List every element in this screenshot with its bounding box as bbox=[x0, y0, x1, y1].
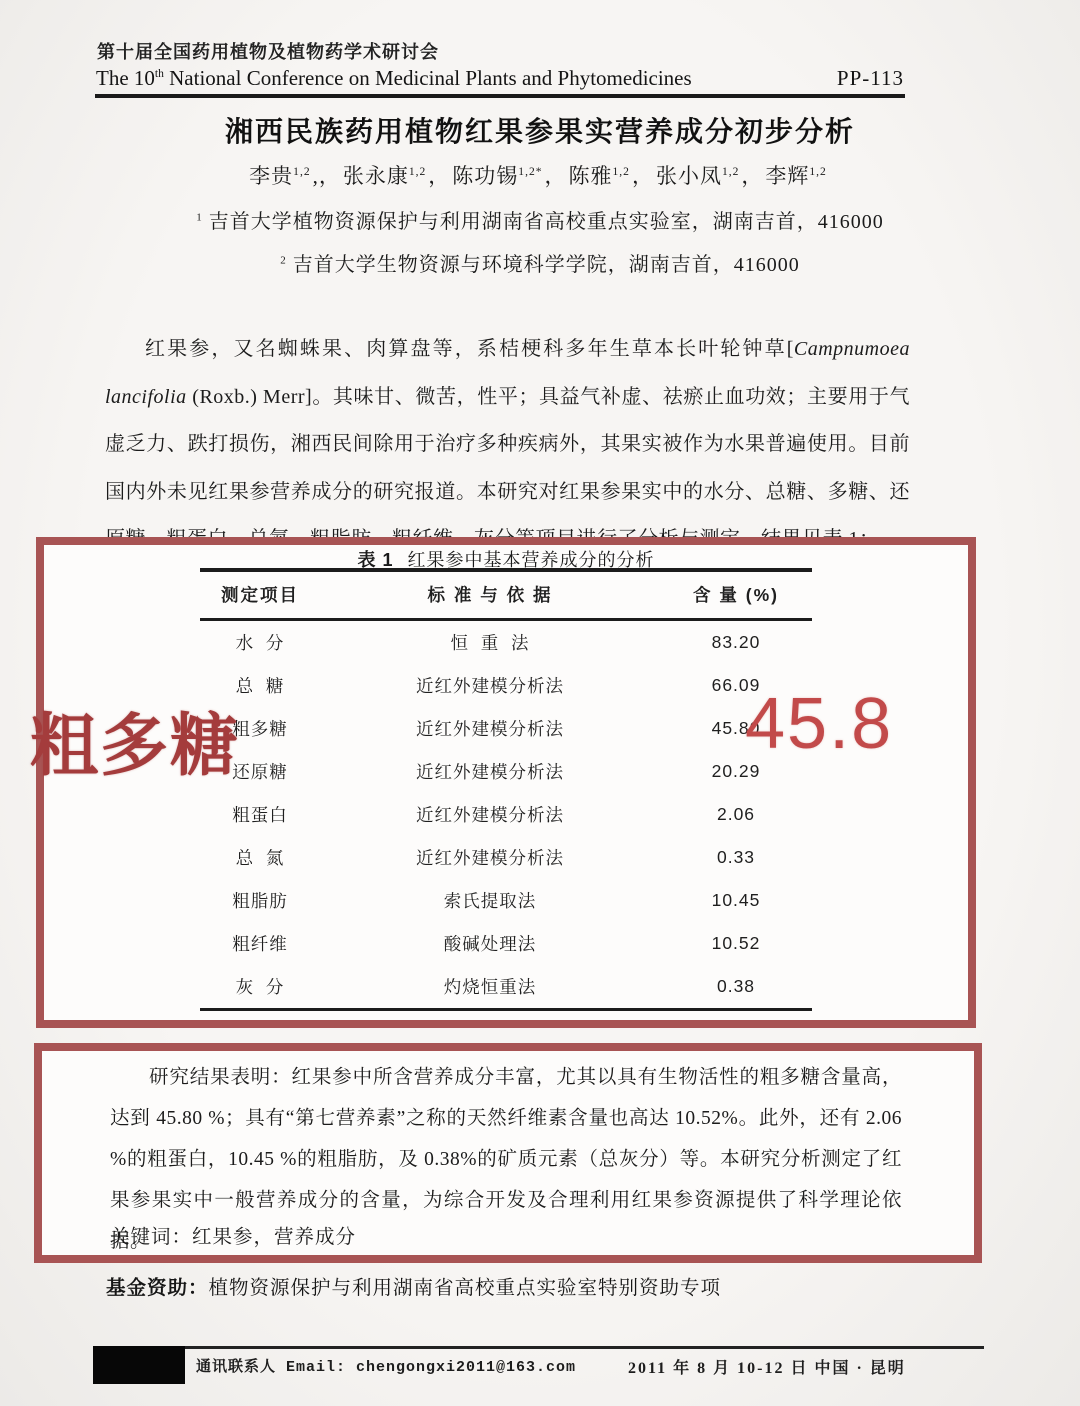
author: 陈功锡1,2*， bbox=[452, 164, 568, 188]
abstract-paragraph: 红果参，又名蜘蛛果、肉算盘等，系桔梗科多年生草本长叶轮钟草[Campnumoea… bbox=[105, 326, 910, 564]
header-divider bbox=[95, 94, 905, 98]
author: 张小凤1,2， bbox=[656, 164, 765, 188]
contact-label: 通讯联系人 Email: bbox=[196, 1359, 356, 1376]
author: 张永康1,2， bbox=[343, 164, 452, 188]
table-row: 总 糖近红外建模分析法66.09 bbox=[200, 664, 812, 707]
overlay-annotation-polysaccharide: 粗多糖 bbox=[30, 692, 240, 789]
table-header-row: 测定项目 标 准 与 依 据 含 量 (%) bbox=[200, 572, 812, 618]
author: 李贵1,2,， bbox=[249, 164, 343, 188]
page-title: 湘西民族药用植物红果参果实营养成分初步分析 bbox=[0, 110, 1080, 150]
footer-divider bbox=[182, 1346, 984, 1349]
funding-label: 基金资助： bbox=[106, 1278, 209, 1299]
table-row: 水 分恒 重 法83.20 bbox=[200, 621, 812, 664]
scanned-paper-page: 第十届全国药用植物及植物药学术研讨会 The 10th National Con… bbox=[0, 0, 1080, 1406]
keywords-value: 红果参，营养成分 bbox=[192, 1227, 356, 1248]
author-line: 李贵1,2,，张永康1,2，陈功锡1,2*，陈雅1,2，张小凤1,2，李辉1,2 bbox=[0, 160, 1080, 190]
keywords-label: 关键词： bbox=[110, 1227, 192, 1248]
affiliation-1: 1 吉首大学植物资源保护与利用湖南省高校重点实验室，湖南吉首，416000 bbox=[0, 205, 1080, 234]
table-row: 粗多糖近红外建模分析法45.80 bbox=[200, 707, 812, 750]
overlay-annotation-value: 45.8 bbox=[745, 683, 893, 765]
nutrition-table: 测定项目 标 准 与 依 据 含 量 (%) 水 分恒 重 法83.20 总 糖… bbox=[200, 568, 812, 1011]
affiliation-2: 2 吉首大学生物资源与环境科学学院，湖南吉首，416000 bbox=[0, 248, 1080, 277]
event-date: 2011 年 8 月 10-12 日 中国 · 昆明 bbox=[628, 1355, 906, 1378]
table-row: 总 氮近红外建模分析法0.33 bbox=[200, 836, 812, 879]
conference-title-cn: 第十届全国药用植物及植物药学术研讨会 bbox=[97, 38, 439, 64]
table-row: 粗纤维酸碱处理法10.52 bbox=[200, 922, 812, 965]
funding-text: 植物资源保护与利用湖南省高校重点实验室特别资助专项 bbox=[209, 1278, 722, 1299]
keywords-line: 关键词：红果参，营养成分 bbox=[110, 1221, 902, 1249]
paper-id: PP-113 bbox=[837, 66, 904, 91]
table-row: 粗脂肪索氏提取法10.45 bbox=[200, 879, 812, 922]
funding-line: 基金资助：植物资源保护与利用湖南省高校重点实验室特别资助专项 bbox=[106, 1272, 966, 1300]
column-header-item: 测定项目 bbox=[200, 582, 320, 607]
redaction-box bbox=[93, 1346, 185, 1384]
author: 李辉1,2 bbox=[765, 164, 830, 188]
column-header-content: 含 量 (%) bbox=[660, 582, 812, 607]
contact-email: chengongxi2011@163.com bbox=[356, 1359, 576, 1376]
author: 陈雅1,2， bbox=[569, 164, 656, 188]
table-row: 灰 分灼烧恒重法0.38 bbox=[200, 965, 812, 1008]
conference-title-en: The 10th National Conference on Medicina… bbox=[96, 66, 906, 91]
ordinal-superscript: th bbox=[155, 68, 164, 80]
column-header-method: 标 准 与 依 据 bbox=[320, 582, 660, 607]
table-row: 还原糖近红外建模分析法20.29 bbox=[200, 750, 812, 793]
table-rule-bottom bbox=[200, 1008, 812, 1011]
table-row: 粗蛋白近红外建模分析法2.06 bbox=[200, 793, 812, 836]
contact-line: 通讯联系人 Email: chengongxi2011@163.com bbox=[196, 1355, 576, 1376]
